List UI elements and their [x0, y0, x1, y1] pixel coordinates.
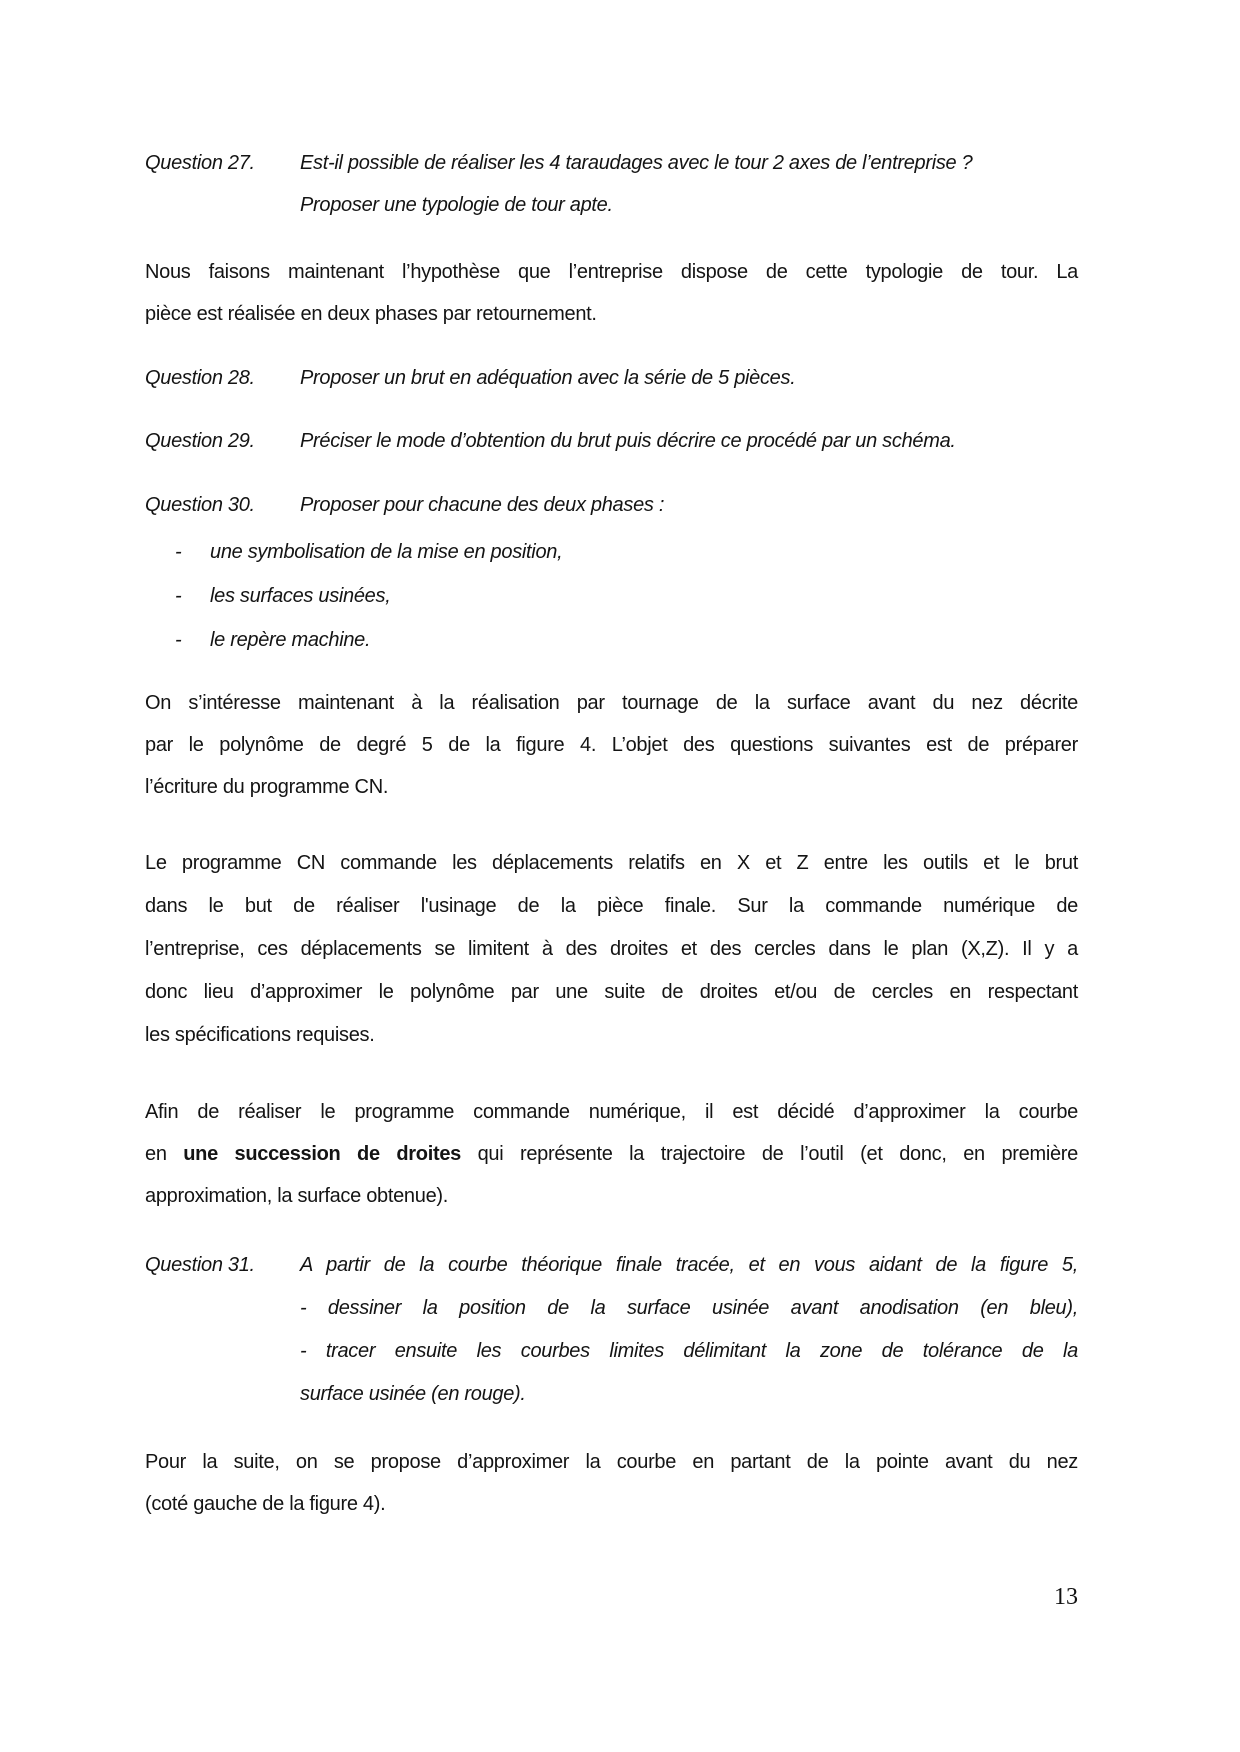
question-30-bullet-list: - une symbolisation de la mise en positi… — [145, 530, 1078, 662]
question-27-label: Question 27. — [145, 142, 300, 226]
text-line: dans le but de réaliser l'usinage de la … — [145, 885, 1078, 928]
text-line: Le programme CN commande les déplacement… — [145, 842, 1078, 885]
paragraph-tournage: On s’intéresse maintenant à la réalisati… — [145, 682, 1078, 808]
dash-bullet: - — [175, 574, 210, 618]
text-line: - tracer ensuite les courbes limites dél… — [300, 1330, 1078, 1373]
text-line: approximation, la surface obtenue). — [145, 1175, 1078, 1217]
text-line: - dessiner la position de la surface usi… — [300, 1287, 1078, 1330]
question-29-label: Question 29. — [145, 420, 300, 462]
question-29-text: Préciser le mode d’obtention du brut pui… — [300, 420, 1078, 462]
question-30: Question 30. Proposer pour chacune des d… — [145, 484, 1078, 526]
text-line: donc lieu d’approximer le polynôme par u… — [145, 971, 1078, 1014]
document-body: Question 27. Est-il possible de réaliser… — [145, 142, 1078, 1525]
text-line: l’entreprise, ces déplacements se limite… — [145, 928, 1078, 971]
paragraph-pour-la-suite: Pour la suite, on se propose d’approxime… — [145, 1441, 1078, 1525]
text-line: les spécifications requises. — [145, 1014, 1078, 1057]
question-28-text: Proposer un brut en adéquation avec la s… — [300, 357, 1078, 399]
question-28: Question 28. Proposer un brut en adéquat… — [145, 357, 1078, 399]
text-line: l’écriture du programme CN. — [145, 766, 1078, 808]
text-line: Préciser le mode d’obtention du brut pui… — [300, 420, 1078, 462]
question-30-label: Question 30. — [145, 484, 300, 526]
text-line: en une succession de droites qui représe… — [145, 1133, 1078, 1175]
question-30-text: Proposer pour chacune des deux phases : — [300, 484, 1078, 526]
list-item: - une symbolisation de la mise en positi… — [175, 530, 1078, 574]
text-line: pièce est réalisée en deux phases par re… — [145, 293, 1078, 335]
list-item-text: une symbolisation de la mise en position… — [210, 530, 562, 574]
text-line: Afin de réaliser le programme commande n… — [145, 1091, 1078, 1133]
question-31-text: A partir de la courbe théorique finale t… — [300, 1244, 1078, 1416]
question-28-label: Question 28. — [145, 357, 300, 399]
text-line: par le polynôme de degré 5 de la figure … — [145, 724, 1078, 766]
dash-bullet: - — [175, 530, 210, 574]
list-item-text: les surfaces usinées, — [210, 574, 390, 618]
list-item-text: le repère machine. — [210, 618, 370, 662]
document-page: Question 27. Est-il possible de réaliser… — [0, 0, 1240, 1752]
text-line: Pour la suite, on se propose d’approxime… — [145, 1441, 1078, 1483]
question-27-text: Est-il possible de réaliser les 4 taraud… — [300, 142, 1078, 226]
dash-bullet: - — [175, 618, 210, 662]
text-line: surface usinée (en rouge). — [300, 1373, 1078, 1416]
text-line: Nous faisons maintenant l’hypothèse que … — [145, 251, 1078, 293]
list-item: - le repère machine. — [175, 618, 1078, 662]
list-item: - les surfaces usinées, — [175, 574, 1078, 618]
text-line: Proposer un brut en adéquation avec la s… — [300, 357, 1078, 399]
text-line: (coté gauche de la figure 4). — [145, 1483, 1078, 1525]
text-line: Est-il possible de réaliser les 4 taraud… — [300, 142, 1078, 184]
paragraph-hypothese: Nous faisons maintenant l’hypothèse que … — [145, 251, 1078, 335]
question-27: Question 27. Est-il possible de réaliser… — [145, 142, 1078, 226]
text-line: A partir de la courbe théorique finale t… — [300, 1244, 1078, 1287]
question-31: Question 31. A partir de la courbe théor… — [145, 1244, 1078, 1416]
text-line: On s’intéresse maintenant à la réalisati… — [145, 682, 1078, 724]
text-segment: en — [145, 1143, 183, 1165]
page-number: 13 — [145, 1584, 1078, 1611]
text-segment: qui représente la trajectoire de l’outil… — [461, 1143, 1078, 1165]
text-line: Proposer pour chacune des deux phases : — [300, 484, 1078, 526]
question-31-label: Question 31. — [145, 1244, 300, 1416]
paragraph-approximation: Afin de réaliser le programme commande n… — [145, 1091, 1078, 1217]
question-29: Question 29. Préciser le mode d’obtentio… — [145, 420, 1078, 462]
paragraph-programme-cn: Le programme CN commande les déplacement… — [145, 842, 1078, 1057]
text-line: Proposer une typologie de tour apte. — [300, 184, 1078, 226]
bold-text-segment: une succession de droites — [183, 1143, 461, 1165]
